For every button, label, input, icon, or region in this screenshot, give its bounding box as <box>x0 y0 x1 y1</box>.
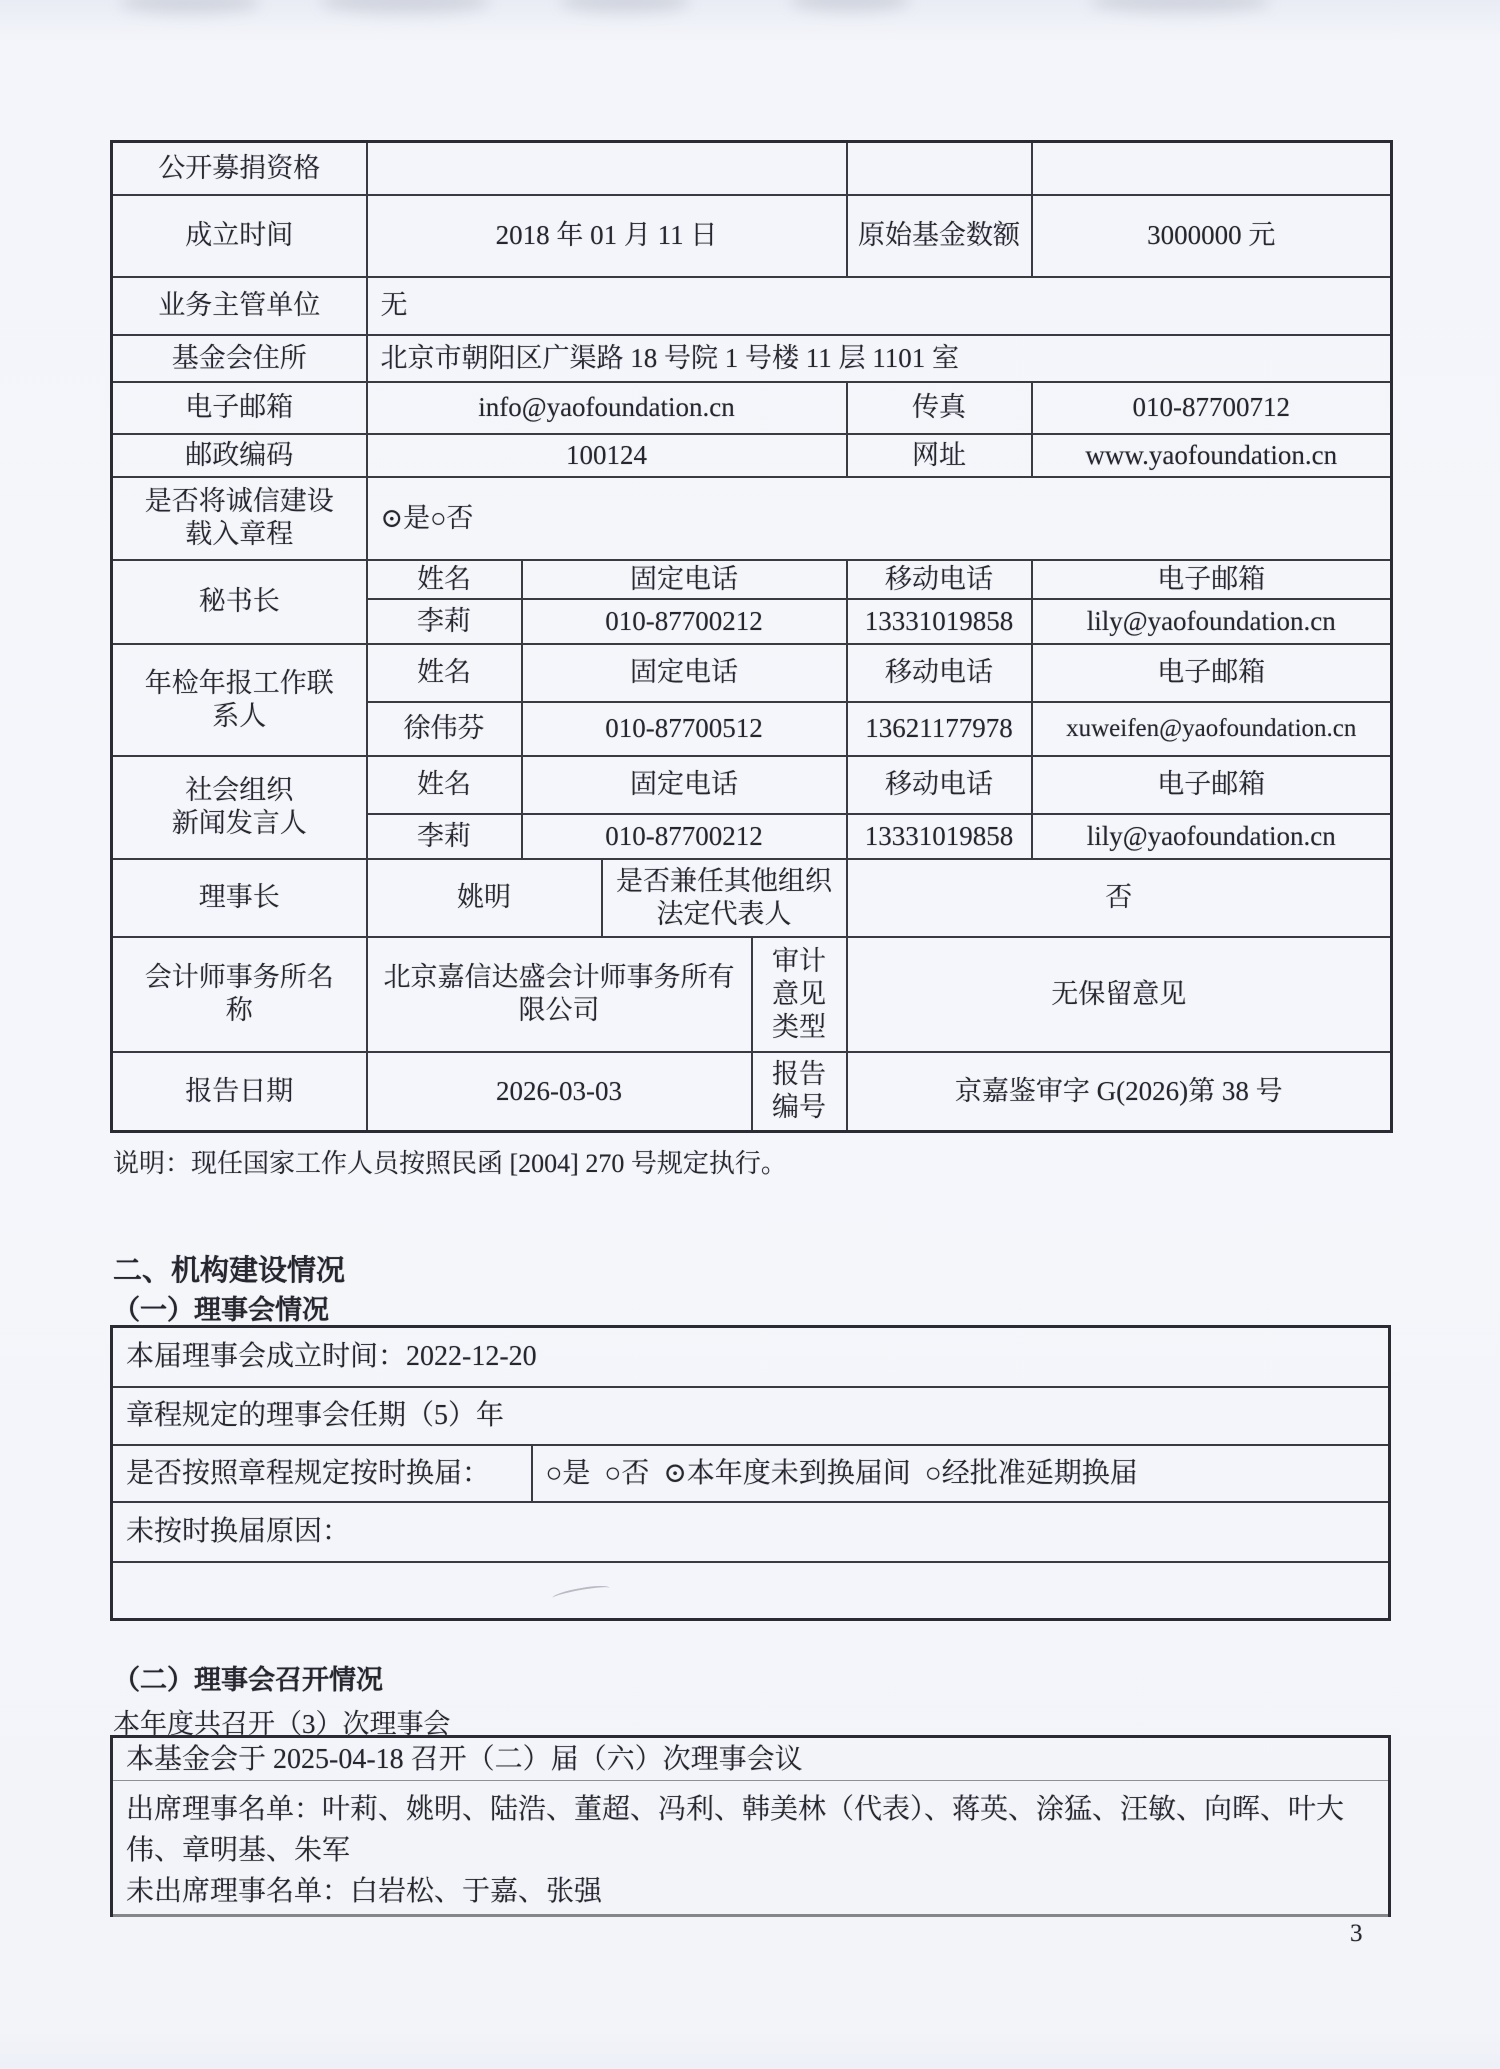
board-delay-reason-label: 未按时换届原因： <box>112 1502 1390 1562</box>
board-meeting-table: 本基金会于 2025-04-18 召开（二）届（六）次理事会议 出席理事名单：叶… <box>110 1735 1391 1917</box>
secretary-mobile: 13331019858 <box>847 599 1032 644</box>
row-meeting-title: 本基金会于 2025-04-18 召开（二）届（六）次理事会议 <box>112 1737 1390 1781</box>
annual-contact-email: xuweifen@yaofoundation.cn <box>1032 702 1392 756</box>
col-header-phone: 固定电话 <box>522 560 847 599</box>
row-report: 报告日期 2026-03-03 报告 编号 京嘉鉴审字 G(2026)第 38 … <box>112 1052 1392 1132</box>
col-header-phone: 固定电话 <box>522 756 847 814</box>
board-on-time-label: 是否按照章程规定按时换届： <box>112 1445 532 1502</box>
row-postcode: 邮政编码 100124 网址 www.yaofoundation.cn <box>112 434 1392 477</box>
integrity-label: 是否将诚信建设 载入章程 <box>112 477 367 560</box>
foundation-info-table: 公开募捐资格 成立时间 2018 年 01 月 11 日 原始基金数额 3000… <box>110 140 1393 1133</box>
row-supervisor: 业务主管单位 无 <box>112 277 1392 335</box>
audit-firm-label: 会计师事务所名 称 <box>112 937 367 1052</box>
chairman-answer: 否 <box>847 859 1392 937</box>
initial-fund-label: 原始基金数额 <box>847 195 1032 277</box>
secretary-phone: 010-87700212 <box>522 599 847 644</box>
row-email: 电子邮箱 info@yaofoundation.cn 传真 010-877007… <box>112 382 1392 434</box>
spokesperson-phone: 010-87700212 <box>522 814 847 859</box>
board-delay-reason-empty <box>112 1562 1390 1620</box>
col-header-mobile: 移动电话 <box>847 756 1032 814</box>
secretary-email: lily@yaofoundation.cn <box>1032 599 1392 644</box>
row-secretary-header: 秘书长 姓名 固定电话 移动电话 电子邮箱 <box>112 560 1392 599</box>
section2-sub2-title: （二）理事会召开情况 <box>113 1658 383 1697</box>
row-established: 成立时间 2018 年 01 月 11 日 原始基金数额 3000000 元 <box>112 195 1392 277</box>
board-info-table: 本届理事会成立时间：2022-12-20 章程规定的理事会任期（5）年 是否按照… <box>110 1325 1391 1621</box>
audit-opinion-value: 无保留意见 <box>847 937 1392 1052</box>
meeting-attendees: 出席理事名单：叶莉、姚明、陆浩、董超、冯利、韩美林（代表）、蒋英、涂猛、汪敏、向… <box>126 1789 1382 1871</box>
meeting-absent: 未出席理事名单：白岩松、于嘉、张强 <box>126 1871 1382 1912</box>
meeting-title: 本基金会于 2025-04-18 召开（二）届（六）次理事会议 <box>112 1737 1390 1781</box>
report-date-value: 2026-03-03 <box>367 1052 752 1132</box>
row-board-established: 本届理事会成立时间：2022-12-20 <box>112 1327 1390 1387</box>
address-label: 基金会住所 <box>112 335 367 382</box>
secretary-label: 秘书长 <box>112 560 367 644</box>
spokesperson-mobile: 13331019858 <box>847 814 1032 859</box>
report-date-label: 报告日期 <box>112 1052 367 1132</box>
row-board-delay-reason-value <box>112 1562 1390 1620</box>
row-board-term: 章程规定的理事会任期（5）年 <box>112 1387 1390 1445</box>
spokesperson-label: 社会组织 新闻发言人 <box>112 756 367 859</box>
row-address: 基金会住所 北京市朝阳区广渠路 18 号院 1 号楼 11 层 1101 室 <box>112 335 1392 382</box>
row-fundraising: 公开募捐资格 <box>112 142 1392 195</box>
chairman-question: 是否兼任其他组织 法定代表人 <box>602 859 847 937</box>
postcode-label: 邮政编码 <box>112 434 367 477</box>
col-header-name: 姓名 <box>367 756 522 814</box>
board-on-time-options: ○是 ○否 ⊙本年度未到换届间 ○经批准延期换届 <box>532 1445 1390 1502</box>
col-header-mobile: 移动电话 <box>847 644 1032 702</box>
row-audit-firm: 会计师事务所名 称 北京嘉信达盛会计师事务所有限公司 审计 意见 类型 无保留意… <box>112 937 1392 1052</box>
board-established: 本届理事会成立时间：2022-12-20 <box>112 1327 1390 1387</box>
spokesperson-email: lily@yaofoundation.cn <box>1032 814 1392 859</box>
audit-opinion-label: 审计 意见 类型 <box>752 937 847 1052</box>
fundraising-value-empty <box>367 142 847 195</box>
annual-contact-phone: 010-87700512 <box>522 702 847 756</box>
meeting-attendance-cell: 出席理事名单：叶莉、姚明、陆浩、董超、冯利、韩美林（代表）、蒋英、涂猛、汪敏、向… <box>112 1781 1390 1916</box>
scan-smudge <box>790 0 910 12</box>
chairman-name: 姚明 <box>367 859 602 937</box>
scan-smudge <box>120 0 260 14</box>
row-annual-contact-header: 年检年报工作联 系人 姓名 固定电话 移动电话 电子邮箱 <box>112 644 1392 702</box>
section2-title: 二、机构建设情况 <box>113 1248 345 1289</box>
row-meeting-attendance: 出席理事名单：叶莉、姚明、陆浩、董超、冯利、韩美林（代表）、蒋英、涂猛、汪敏、向… <box>112 1781 1390 1916</box>
annual-contact-label: 年检年报工作联 系人 <box>112 644 367 756</box>
supervisor-label: 业务主管单位 <box>112 277 367 335</box>
row-spokesperson-header: 社会组织 新闻发言人 姓名 固定电话 移动电话 电子邮箱 <box>112 756 1392 814</box>
empty-cell <box>847 142 1032 195</box>
website-label: 网址 <box>847 434 1032 477</box>
col-header-mobile: 移动电话 <box>847 560 1032 599</box>
footnote: 说明：现任国家工作人员按照民函 [2004] 270 号规定执行。 <box>113 1143 787 1180</box>
email-label: 电子邮箱 <box>112 382 367 434</box>
integrity-radio-value: ⊙是○否 <box>367 477 1392 560</box>
annual-contact-mobile: 13621177978 <box>847 702 1032 756</box>
email-value: info@yaofoundation.cn <box>367 382 847 434</box>
col-header-name: 姓名 <box>367 560 522 599</box>
report-no-label: 报告 编号 <box>752 1052 847 1132</box>
initial-fund-value: 3000000 元 <box>1032 195 1392 277</box>
spokesperson-name: 李莉 <box>367 814 522 859</box>
scan-smudge <box>1090 0 1270 13</box>
fax-value: 010-87700712 <box>1032 382 1392 434</box>
scan-smudge <box>560 0 690 13</box>
chairman-label: 理事长 <box>112 859 367 937</box>
postcode-value: 100124 <box>367 434 847 477</box>
fax-label: 传真 <box>847 382 1032 434</box>
section2-sub1-title: （一）理事会情况 <box>113 1288 329 1327</box>
row-chairman: 理事长 姚明 是否兼任其他组织 法定代表人 否 <box>112 859 1392 937</box>
fundraising-label: 公开募捐资格 <box>112 142 367 195</box>
row-board-delay-reason: 未按时换届原因： <box>112 1502 1390 1562</box>
audit-firm-name: 北京嘉信达盛会计师事务所有限公司 <box>367 937 752 1052</box>
page-number: 3 <box>1350 1920 1363 1948</box>
scanned-report-page: 公开募捐资格 成立时间 2018 年 01 月 11 日 原始基金数额 3000… <box>0 0 1500 2069</box>
empty-cell <box>1032 142 1392 195</box>
report-no-value: 京嘉鉴审字 G(2026)第 38 号 <box>847 1052 1392 1132</box>
address-value: 北京市朝阳区广渠路 18 号院 1 号楼 11 层 1101 室 <box>367 335 1392 382</box>
secretary-name: 李莉 <box>367 599 522 644</box>
col-header-email: 电子邮箱 <box>1032 756 1392 814</box>
col-header-email: 电子邮箱 <box>1032 644 1392 702</box>
website-value: www.yaofoundation.cn <box>1032 434 1392 477</box>
scan-smudge <box>320 0 490 14</box>
established-value: 2018 年 01 月 11 日 <box>367 195 847 277</box>
supervisor-value: 无 <box>367 277 1392 335</box>
col-header-email: 电子邮箱 <box>1032 560 1392 599</box>
col-header-name: 姓名 <box>367 644 522 702</box>
established-label: 成立时间 <box>112 195 367 277</box>
col-header-phone: 固定电话 <box>522 644 847 702</box>
annual-contact-name: 徐伟芬 <box>367 702 522 756</box>
row-board-on-time: 是否按照章程规定按时换届： ○是 ○否 ⊙本年度未到换届间 ○经批准延期换届 <box>112 1445 1390 1502</box>
row-integrity: 是否将诚信建设 载入章程 ⊙是○否 <box>112 477 1392 560</box>
board-term: 章程规定的理事会任期（5）年 <box>112 1387 1390 1445</box>
